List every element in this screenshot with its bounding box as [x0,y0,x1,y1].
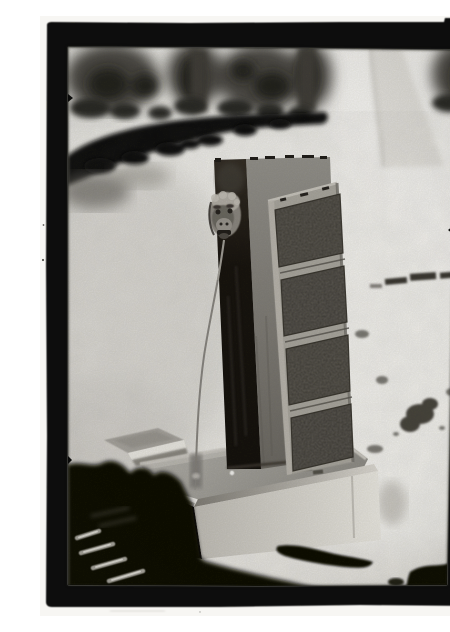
film-grain [60,40,450,592]
photograph-content [40,40,450,608]
archival-photograph [40,16,450,616]
